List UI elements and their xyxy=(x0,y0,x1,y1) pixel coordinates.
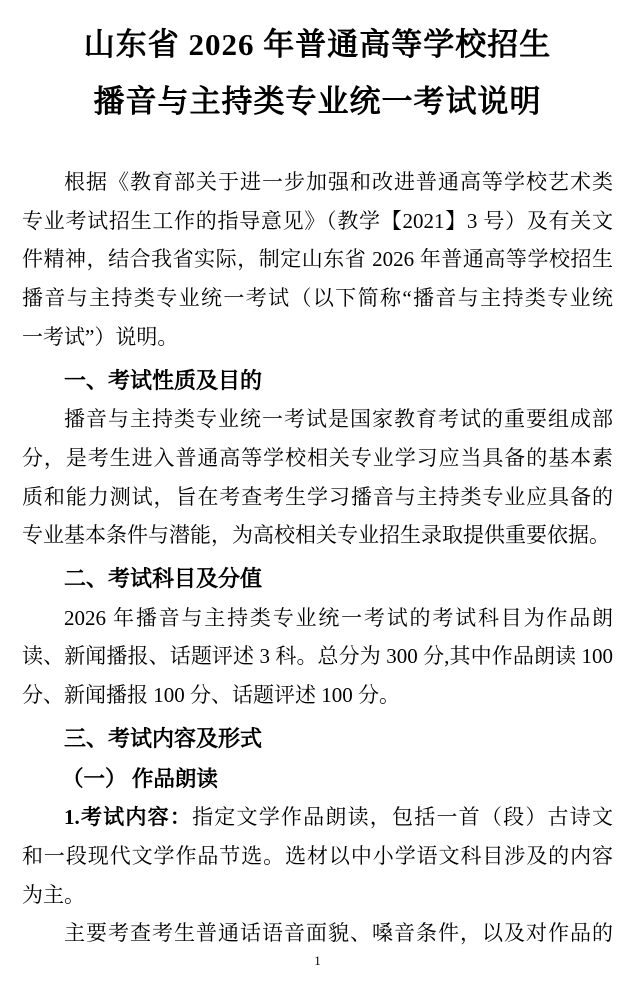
section-2-line: 读、新闻播报、话题评述 3 科。总分为 300 分,其中作品朗读 100 xyxy=(22,637,613,676)
paragraph-2-line: 主要考查考生普通话语音面貌、嗓音条件，以及对作品的 xyxy=(22,914,613,953)
section-1-line: 质和能力测试，旨在考查考生学习播音与主持类专业应具备的 xyxy=(22,478,613,517)
item-1-label: 1.考试内容： xyxy=(64,805,192,829)
section-1-line: 播音与主持类专业统一考试是国家教育考试的重要组成部 xyxy=(22,400,613,439)
subsection-1-heading: （一） 作品朗读 xyxy=(22,760,613,799)
item-1-line: 和一段现代文学作品节选。选材以中小学语文科目涉及的内容 xyxy=(22,837,613,876)
document-title: 山东省 2026 年普通高等学校招生 播音与主持类专业统一考试说明 xyxy=(22,16,613,130)
page-number: 1 xyxy=(0,953,635,968)
item-1-text: 指定文学作品朗读，包括一首（段）古诗文 xyxy=(192,805,613,829)
section-2-heading: 二、考试科目及分值 xyxy=(22,560,613,599)
section-2-line: 2026 年播音与主持类专业统一考试的考试科目为作品朗 xyxy=(22,599,613,638)
section-2-paragraph: 2026 年播音与主持类专业统一考试的考试科目为作品朗 读、新闻播报、话题评述 … xyxy=(22,599,613,715)
document-title-line-2: 播音与主持类专业统一考试说明 xyxy=(22,73,613,130)
document-body: 根据《教育部关于进一步加强和改进普通高等学校艺术类 专业考试招生工作的指导意见》… xyxy=(22,163,613,953)
intro-paragraph: 根据《教育部关于进一步加强和改进普通高等学校艺术类 专业考试招生工作的指导意见》… xyxy=(22,163,613,357)
item-1-line: 1.考试内容：指定文学作品朗读，包括一首（段）古诗文 xyxy=(22,798,613,837)
section-1-line: 专业基本条件与潜能，为高校相关专业招生录取提供重要依据。 xyxy=(22,516,613,555)
intro-line: 一考试”）说明。 xyxy=(22,318,613,357)
section-3-heading: 三、考试内容及形式 xyxy=(22,720,613,759)
intro-line: 播音与主持类专业统一考试（以下简称“播音与主持类专业统 xyxy=(22,279,613,318)
intro-line: 件精神，结合我省实际，制定山东省 2026 年普通高等学校招生 xyxy=(22,240,613,279)
document-page: 山东省 2026 年普通高等学校招生 播音与主持类专业统一考试说明 根据《教育部… xyxy=(0,0,635,996)
intro-line: 根据《教育部关于进一步加强和改进普通高等学校艺术类 xyxy=(22,163,613,202)
section-1-paragraph: 播音与主持类专业统一考试是国家教育考试的重要组成部 分，是考生进入普通高等学校相… xyxy=(22,400,613,555)
intro-line: 专业考试招生工作的指导意见》（教学【2021】3 号）及有关文 xyxy=(22,202,613,241)
document-title-line-1: 山东省 2026 年普通高等学校招生 xyxy=(22,16,613,73)
subsection-1-paragraph-2: 主要考查考生普通话语音面貌、嗓音条件，以及对作品的 xyxy=(22,914,613,953)
subsection-1-item-1: 1.考试内容：指定文学作品朗读，包括一首（段）古诗文 和一段现代文学作品节选。选… xyxy=(22,798,613,914)
section-1-line: 分，是考生进入普通高等学校相关专业学习应当具备的基本素 xyxy=(22,439,613,478)
section-2-line: 分、新闻播报 100 分、话题评述 100 分。 xyxy=(22,676,613,715)
section-1-heading: 一、考试性质及目的 xyxy=(22,362,613,401)
item-1-line: 为主。 xyxy=(22,876,613,915)
